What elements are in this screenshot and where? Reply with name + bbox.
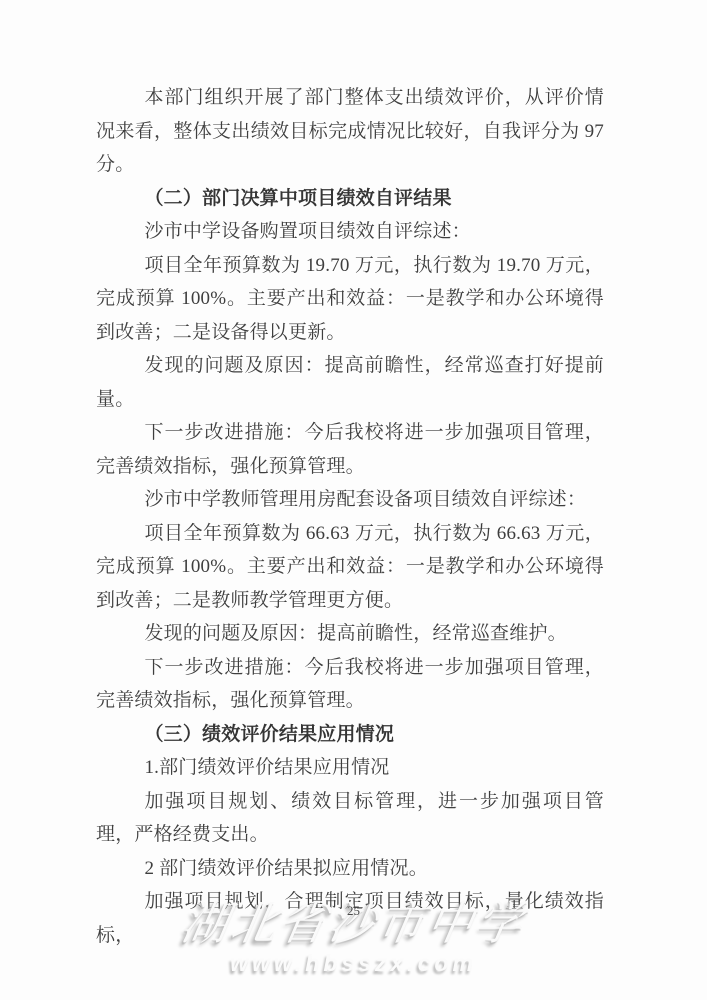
page-number: 25 (0, 903, 707, 919)
paragraph: 下一步改进措施：今后我校将进一步加强项目管理，完善绩效指标，强化预算管理。 (96, 651, 604, 718)
section-heading: （三）绩效评价结果应用情况 (96, 718, 604, 752)
paragraph: 加强项目规划、绩效目标管理，进一步加强项目管理，严格经费支出。 (96, 785, 604, 852)
paragraph: 项目全年预算数为 66.63 万元，执行数为 66.63 万元，完成预算 100… (96, 517, 604, 618)
watermark-website-url: www.hbsszx.com (0, 950, 707, 976)
paragraph: 2 部门绩效评价结果拟应用情况。 (96, 852, 604, 886)
paragraph: 沙市中学教师管理用房配套设备项目绩效自评综述： (96, 483, 604, 517)
document-page: 本部门组织开展了部门整体支出绩效评价，从评价情况来看，整体支出绩效目标完成情况比… (0, 0, 707, 1000)
paragraph: 本部门组织开展了部门整体支出绩效评价，从评价情况来看，整体支出绩效目标完成情况比… (96, 81, 604, 182)
paragraph: 项目全年预算数为 19.70 万元，执行数为 19.70 万元，完成预算 100… (96, 249, 604, 350)
section-heading: （二）部门决算中项目绩效自评结果 (96, 182, 604, 216)
paragraph: 沙市中学设备购置项目绩效自评综述： (96, 215, 604, 249)
paragraph: 下一步改进措施：今后我校将进一步加强项目管理，完善绩效指标，强化预算管理。 (96, 416, 604, 483)
paragraph: 发现的问题及原因：提高前瞻性，经常巡查打好提前量。 (96, 349, 604, 416)
paragraph: 1.部门绩效评价结果应用情况 (96, 751, 604, 785)
document-body: 本部门组织开展了部门整体支出绩效评价，从评价情况来看，整体支出绩效目标完成情况比… (96, 81, 604, 952)
paragraph: 发现的问题及原因：提高前瞻性，经常巡查维护。 (96, 617, 604, 651)
